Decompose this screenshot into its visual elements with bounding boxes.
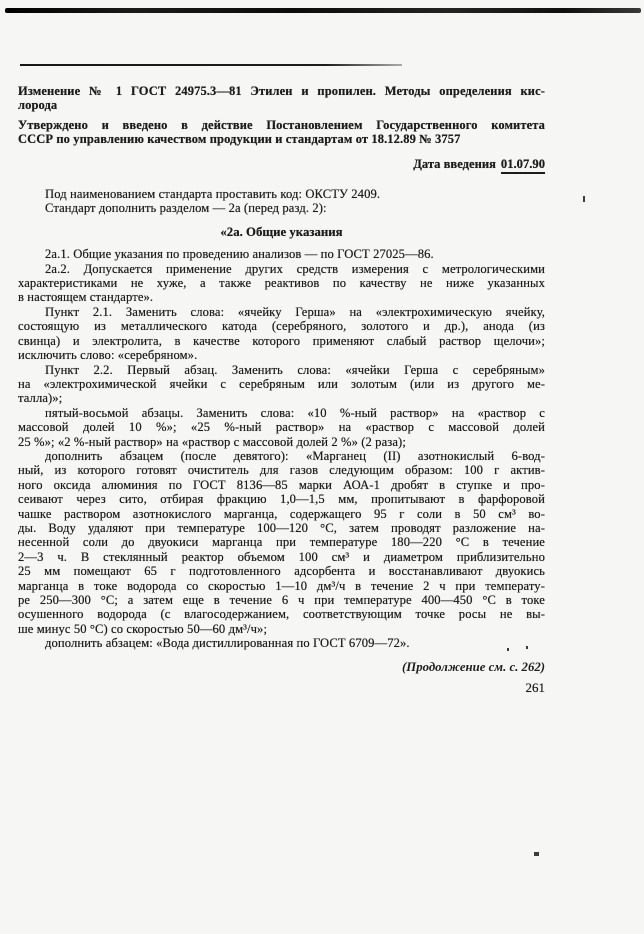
top-rule bbox=[5, 8, 641, 13]
amendment-header: Изменение № 1 ГОСТ 24975.3—81 Этилен и п… bbox=[18, 84, 545, 147]
text-line: марганца в токе водорода со скоростью 1—… bbox=[18, 579, 545, 593]
text-line: массовой долей 10 %»; «25 %-ный раствор»… bbox=[18, 420, 545, 434]
text-line: Изменение № 1 ГОСТ 24975.3—81 Этилен и п… bbox=[18, 84, 545, 98]
text-line: Утверждено и введено в действие Постанов… bbox=[18, 118, 545, 132]
document-page: Изменение № 1 ГОСТ 24975.3—81 Этилен и п… bbox=[0, 0, 644, 934]
text-line: СССР по управлению качеством продукции и… bbox=[18, 132, 545, 146]
text-line: ды. Воду удаляют при температуре 100—120… bbox=[18, 521, 545, 535]
effective-date-line: Дата введения01.07.90 bbox=[18, 157, 545, 171]
text-line: ный, из которого готовят очиститель для … bbox=[18, 463, 545, 477]
body-paragraphs: 2а.1. Общие указания по проведению анали… bbox=[18, 247, 545, 650]
text-line: характеристиками не хуже, а также реакти… bbox=[18, 276, 545, 290]
scan-speck bbox=[507, 648, 509, 651]
text-line: на «электрохимической ячейки с серебряны… bbox=[18, 377, 545, 391]
text-line: состоящую из металлического катода (сере… bbox=[18, 319, 545, 333]
text-line: дополнить абзацем: «Вода дистиллированна… bbox=[18, 636, 545, 650]
text-line: лорода bbox=[18, 98, 545, 112]
date-label: Дата введения bbox=[413, 157, 496, 171]
text-line: 25 %»; «2 %-ный раствор» на «раствор с м… bbox=[18, 435, 545, 449]
scan-speck bbox=[534, 852, 539, 856]
text-line: ше минус 50 °С) со скоростью 50—60 дм³/ч… bbox=[18, 622, 545, 636]
text-line: Пункт 2.1. Заменить слова: «ячейку Герша… bbox=[18, 305, 545, 319]
text-line: Пункт 2.2. Первый абзац. Заменить слова:… bbox=[18, 363, 545, 377]
text-line: ре 250—300 °С; а затем еще в течение 6 ч… bbox=[18, 593, 545, 607]
scan-speck bbox=[526, 646, 528, 649]
text-line: Под наименованием стандарта проставить к… bbox=[18, 187, 545, 201]
text-line: в настоящем стандарте». bbox=[18, 290, 545, 304]
text-line: 2а.1. Общие указания по проведению анали… bbox=[18, 247, 545, 261]
intro-paragraphs: Под наименованием стандарта проставить к… bbox=[18, 187, 545, 216]
text-line: свинца) и электролита, в качестве которо… bbox=[18, 334, 545, 348]
text-line: ного оксида алюминия по ГОСТ 8136—85 мар… bbox=[18, 478, 545, 492]
scan-speck bbox=[583, 196, 585, 202]
section-heading: «2а. Общие указания bbox=[18, 225, 545, 239]
text-line: дополнить абзацем (после девятого): «Мар… bbox=[18, 449, 545, 463]
text-line: осушенного водорода (с влагосодержанием,… bbox=[18, 607, 545, 621]
text-line: исключить слово: «серебряном». bbox=[18, 348, 545, 362]
text-line: чашке раствором азотнокислого марганца, … bbox=[18, 507, 545, 521]
text-line: несенной соли до двуокиси марганца при т… bbox=[18, 535, 545, 549]
text-line: пятый-восьмой абзацы. Заменить слова: «1… bbox=[18, 406, 545, 420]
text-line: талла)»; bbox=[18, 391, 545, 405]
text-line: Стандарт дополнить разделом — 2а (перед … bbox=[18, 201, 545, 215]
header-rule bbox=[20, 64, 402, 66]
text-line: 2а.2. Допускается применение других сред… bbox=[18, 262, 545, 276]
text-line: 2—3 ч. В стеклянный реактор объемом 100 … bbox=[18, 550, 545, 564]
continuation-note: (Продолжение см. с. 262) bbox=[18, 660, 545, 674]
date-value: 01.07.90 bbox=[501, 157, 545, 174]
text-line: 25 мм помещают 65 г подготовленного адсо… bbox=[18, 564, 545, 578]
page-content: Изменение № 1 ГОСТ 24975.3—81 Этилен и п… bbox=[18, 84, 545, 695]
page-number: 261 bbox=[18, 681, 545, 695]
text-line: сеивают через сито, отбирая фракцию 1,0—… bbox=[18, 492, 545, 506]
